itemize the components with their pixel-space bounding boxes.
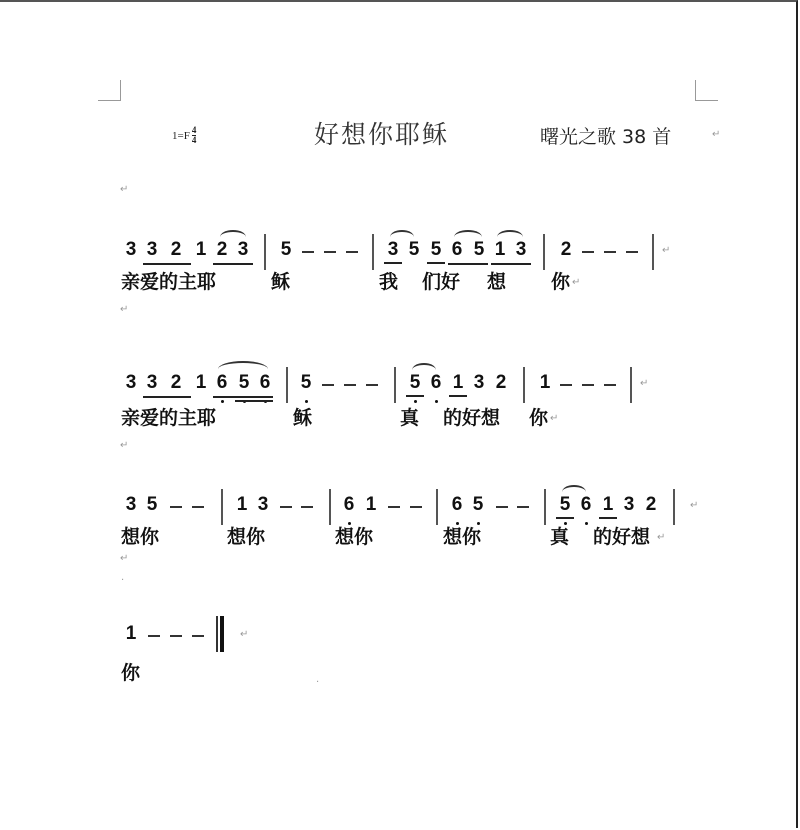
barline [630,367,632,403]
dash [560,384,572,386]
barline [673,489,675,525]
note: 1 [194,373,208,393]
margin-corner-top-right [695,80,718,101]
dash [604,251,616,253]
note: 1 [451,373,465,393]
dash [192,635,204,637]
sixteenth-beam [235,400,273,402]
slur [390,230,414,244]
dash [582,384,594,386]
note: 2 [559,240,573,260]
dash [344,384,356,386]
dash [517,506,529,508]
paragraph-mark-icon: ↵ [690,500,698,511]
dash [301,506,313,508]
note: 2 [494,373,508,393]
note: 5 [279,240,293,260]
empty-paragraph-mark: . [316,674,319,685]
document-page: 1=F 4 4 好想你耶稣 曙光之歌 38 首 ↵ ↵ 3 3 2 1 2 3 … [0,0,798,828]
dash [170,506,182,508]
barline [543,234,545,270]
slur [412,363,436,377]
dash [388,506,400,508]
slur [562,485,586,499]
paragraph-mark-icon: ↵ [240,629,248,640]
note-low: 5 [299,373,313,393]
dash [192,506,204,508]
slur [497,230,523,244]
paragraph-mark-icon: ↵ [120,184,128,195]
lyric: 你 [121,662,140,684]
song-source: 曙光之歌 38 首 [540,122,671,149]
note: 3 [145,373,159,393]
dash [604,384,616,386]
eighth-beam [213,396,273,398]
dash [302,251,314,253]
paragraph-mark-icon: ↵ [550,413,558,424]
empty-paragraph-mark: . [121,572,124,583]
time-sig-bottom: 4 [192,136,197,145]
note: 3 [622,495,636,515]
dash [410,506,422,508]
barline [329,489,331,525]
barline [264,234,266,270]
note: 5 [429,240,443,260]
barline [372,234,374,270]
lyric: 稣 [293,407,312,429]
note-low: 6 [450,495,464,515]
barline [394,367,396,403]
song-title: 好想你耶稣 [314,115,449,151]
lyric: 稣 [271,271,290,293]
lyric: 真 [400,407,419,429]
note-low: 6 [342,495,356,515]
paragraph-mark-icon: ↵ [712,129,720,140]
dash [170,635,182,637]
lyric: 想 [487,271,506,293]
note: 1 [538,373,552,393]
final-barline [216,616,224,652]
key-label: 1=F [172,130,190,142]
note-low: 5 [471,495,485,515]
lyric: 我 [379,271,398,293]
lyric: 真 [550,526,569,548]
note: 1 [235,495,249,515]
lyric: 亲爱的主耶 [121,271,216,293]
dash [582,251,594,253]
barline [436,489,438,525]
slur [218,361,268,377]
note: 1 [124,624,138,644]
paragraph-mark-icon: ↵ [572,277,580,288]
paragraph-mark-icon: ↵ [662,245,670,256]
note: 2 [169,373,183,393]
barline [544,489,546,525]
lyric: 亲爱的主耶 [121,407,216,429]
eighth-beam [143,263,191,265]
note: 2 [644,495,658,515]
note: 1 [601,495,615,515]
lyric: 们好 [422,271,460,293]
slur [220,230,246,244]
note: 1 [364,495,378,515]
slur [454,230,482,244]
dash [626,251,638,253]
lyric: 的好想 [443,407,500,429]
dash [322,384,334,386]
note: 2 [169,240,183,260]
key-signature: 1=F 4 4 [172,126,196,145]
barline [221,489,223,525]
lyric: 想你 [443,526,481,548]
eighth-beam [491,263,531,265]
dash [346,251,358,253]
time-signature: 4 4 [192,126,197,145]
paragraph-mark-icon: ↵ [657,532,665,543]
lyric: 的好想 [593,526,650,548]
eighth-beam [448,263,488,265]
lyric: 想你 [227,526,265,548]
paragraph-mark-icon: ↵ [120,553,128,564]
dash [496,506,508,508]
lyric: 想你 [335,526,373,548]
note: 3 [124,495,138,515]
paragraph-mark-icon: ↵ [640,378,648,389]
note: 5 [145,495,159,515]
lyric: 想你 [121,526,159,548]
note: 3 [145,240,159,260]
paragraph-mark-icon: ↵ [120,440,128,451]
dash [148,635,160,637]
barline [286,367,288,403]
paragraph-mark-icon: ↵ [120,304,128,315]
dash [366,384,378,386]
barline [523,367,525,403]
note: 3 [124,240,138,260]
dash [280,506,292,508]
lyric: 你 [529,407,548,429]
note: 3 [472,373,486,393]
note: 3 [124,373,138,393]
lyric: 你 [551,271,570,293]
note: 1 [194,240,208,260]
eighth-beam [213,263,253,265]
dash [324,251,336,253]
eighth-beam [143,396,191,398]
note: 3 [256,495,270,515]
margin-corner-top-left [98,80,121,101]
barline [652,234,654,270]
